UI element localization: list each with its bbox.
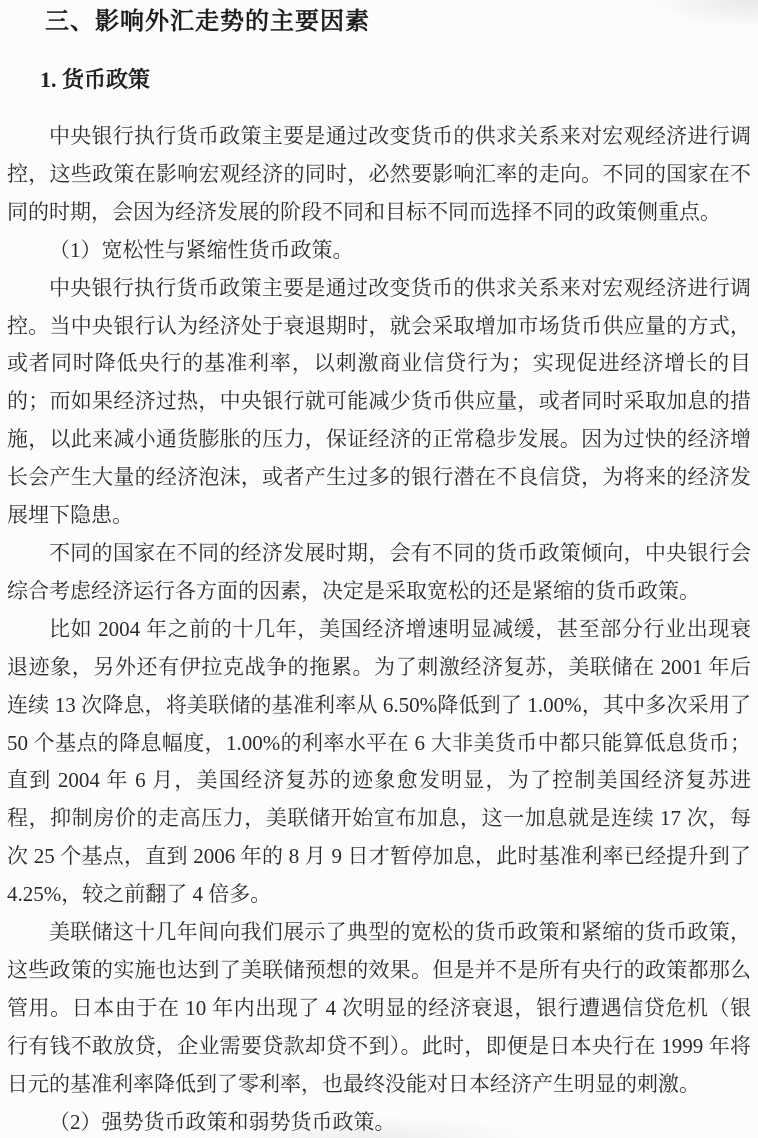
paragraph-japan-example: 美联储这十几年间向我们展示了典型的宽松的货币政策和紧缩的货币政策，这些政策的实施… (7, 914, 751, 1104)
book-page: 三、影响外汇走势的主要因素 1. 货币政策 中央银行执行货币政策主要是通过改变货… (0, 0, 758, 1138)
list-item-2-heading: （2）强势货币政策和弱势货币政策。 (7, 1104, 751, 1138)
list-item-1-heading: （1）宽松性与紧缩性货币政策。 (7, 232, 751, 270)
paragraph-easing-tightening: 中央银行执行货币政策主要是通过改变货币的供求关系来对宏观经济进行调控。当中央银行… (7, 270, 751, 535)
body-text: 中央银行执行货币政策主要是通过改变货币的供求关系来对宏观经济进行调控，这些政策在… (7, 118, 751, 1138)
section-title: 三、影响外汇走势的主要因素 (45, 8, 751, 36)
paragraph-fed-example: 比如 2004 年之前的十几年，美国经济增速明显减缓，甚至部分行业出现衰退迹象，… (7, 611, 751, 914)
paragraph-country-policy-tendency: 不同的国家在不同的经济发展时期，会有不同的货币政策倾向，中央银行会综合考虑经济运… (7, 535, 751, 611)
paragraph-intro: 中央银行执行货币政策主要是通过改变货币的供求关系来对宏观经济进行调控，这些政策在… (7, 118, 751, 232)
subsection-title: 1. 货币政策 (40, 67, 751, 93)
